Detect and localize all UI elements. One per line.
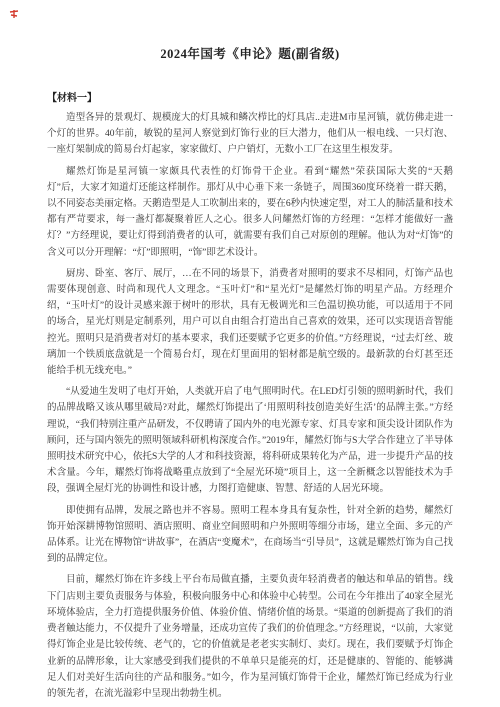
paragraph-5: 即使拥有品牌，发展之路也并不容易。照明工程本身具有复杂性，针对全新的趋势，耀然灯… [47, 503, 453, 568]
paragraph-3: 厨房、卧室、客厅、展厅，…在不同的场景下，消费者对照明的要求不尽相同，灯饰产品也… [47, 266, 453, 379]
paragraph-4: “从爱迪生发明了电灯开始，人类就开启了电气照明时代。在LED灯引领的照明新时代，… [47, 384, 453, 497]
paragraph-2: 耀然灯饰是星河镇一家颇具代表性的灯饰骨干企业。看到“耀然”荣获国际大奖的“天鹅灯… [47, 164, 453, 261]
document-page: 2024年国考《申论》题(副省级) 【材料一】 造型各异的景观灯、规模庞大的灯具… [0, 0, 500, 707]
document-content: 2024年国考《申论》题(副省级) 【材料一】 造型各异的景观灯、规模庞大的灯具… [0, 44, 500, 702]
paragraph-6: 目前，耀然灯饰在许多线上平台布局做直播，主要负责年轻消费者的触达和单品的销售。线… [47, 572, 453, 702]
paragraph-1: 造型各异的景观灯、规模庞大的灯具城和鳞次栉比的灯具店..走进M市星河镇，就仿佛走… [47, 110, 453, 159]
red-stamp-icon [9, 6, 19, 16]
section-header-material-1: 【材料一】 [47, 89, 453, 104]
page-title: 2024年国考《申论》题(副省级) [47, 44, 453, 62]
